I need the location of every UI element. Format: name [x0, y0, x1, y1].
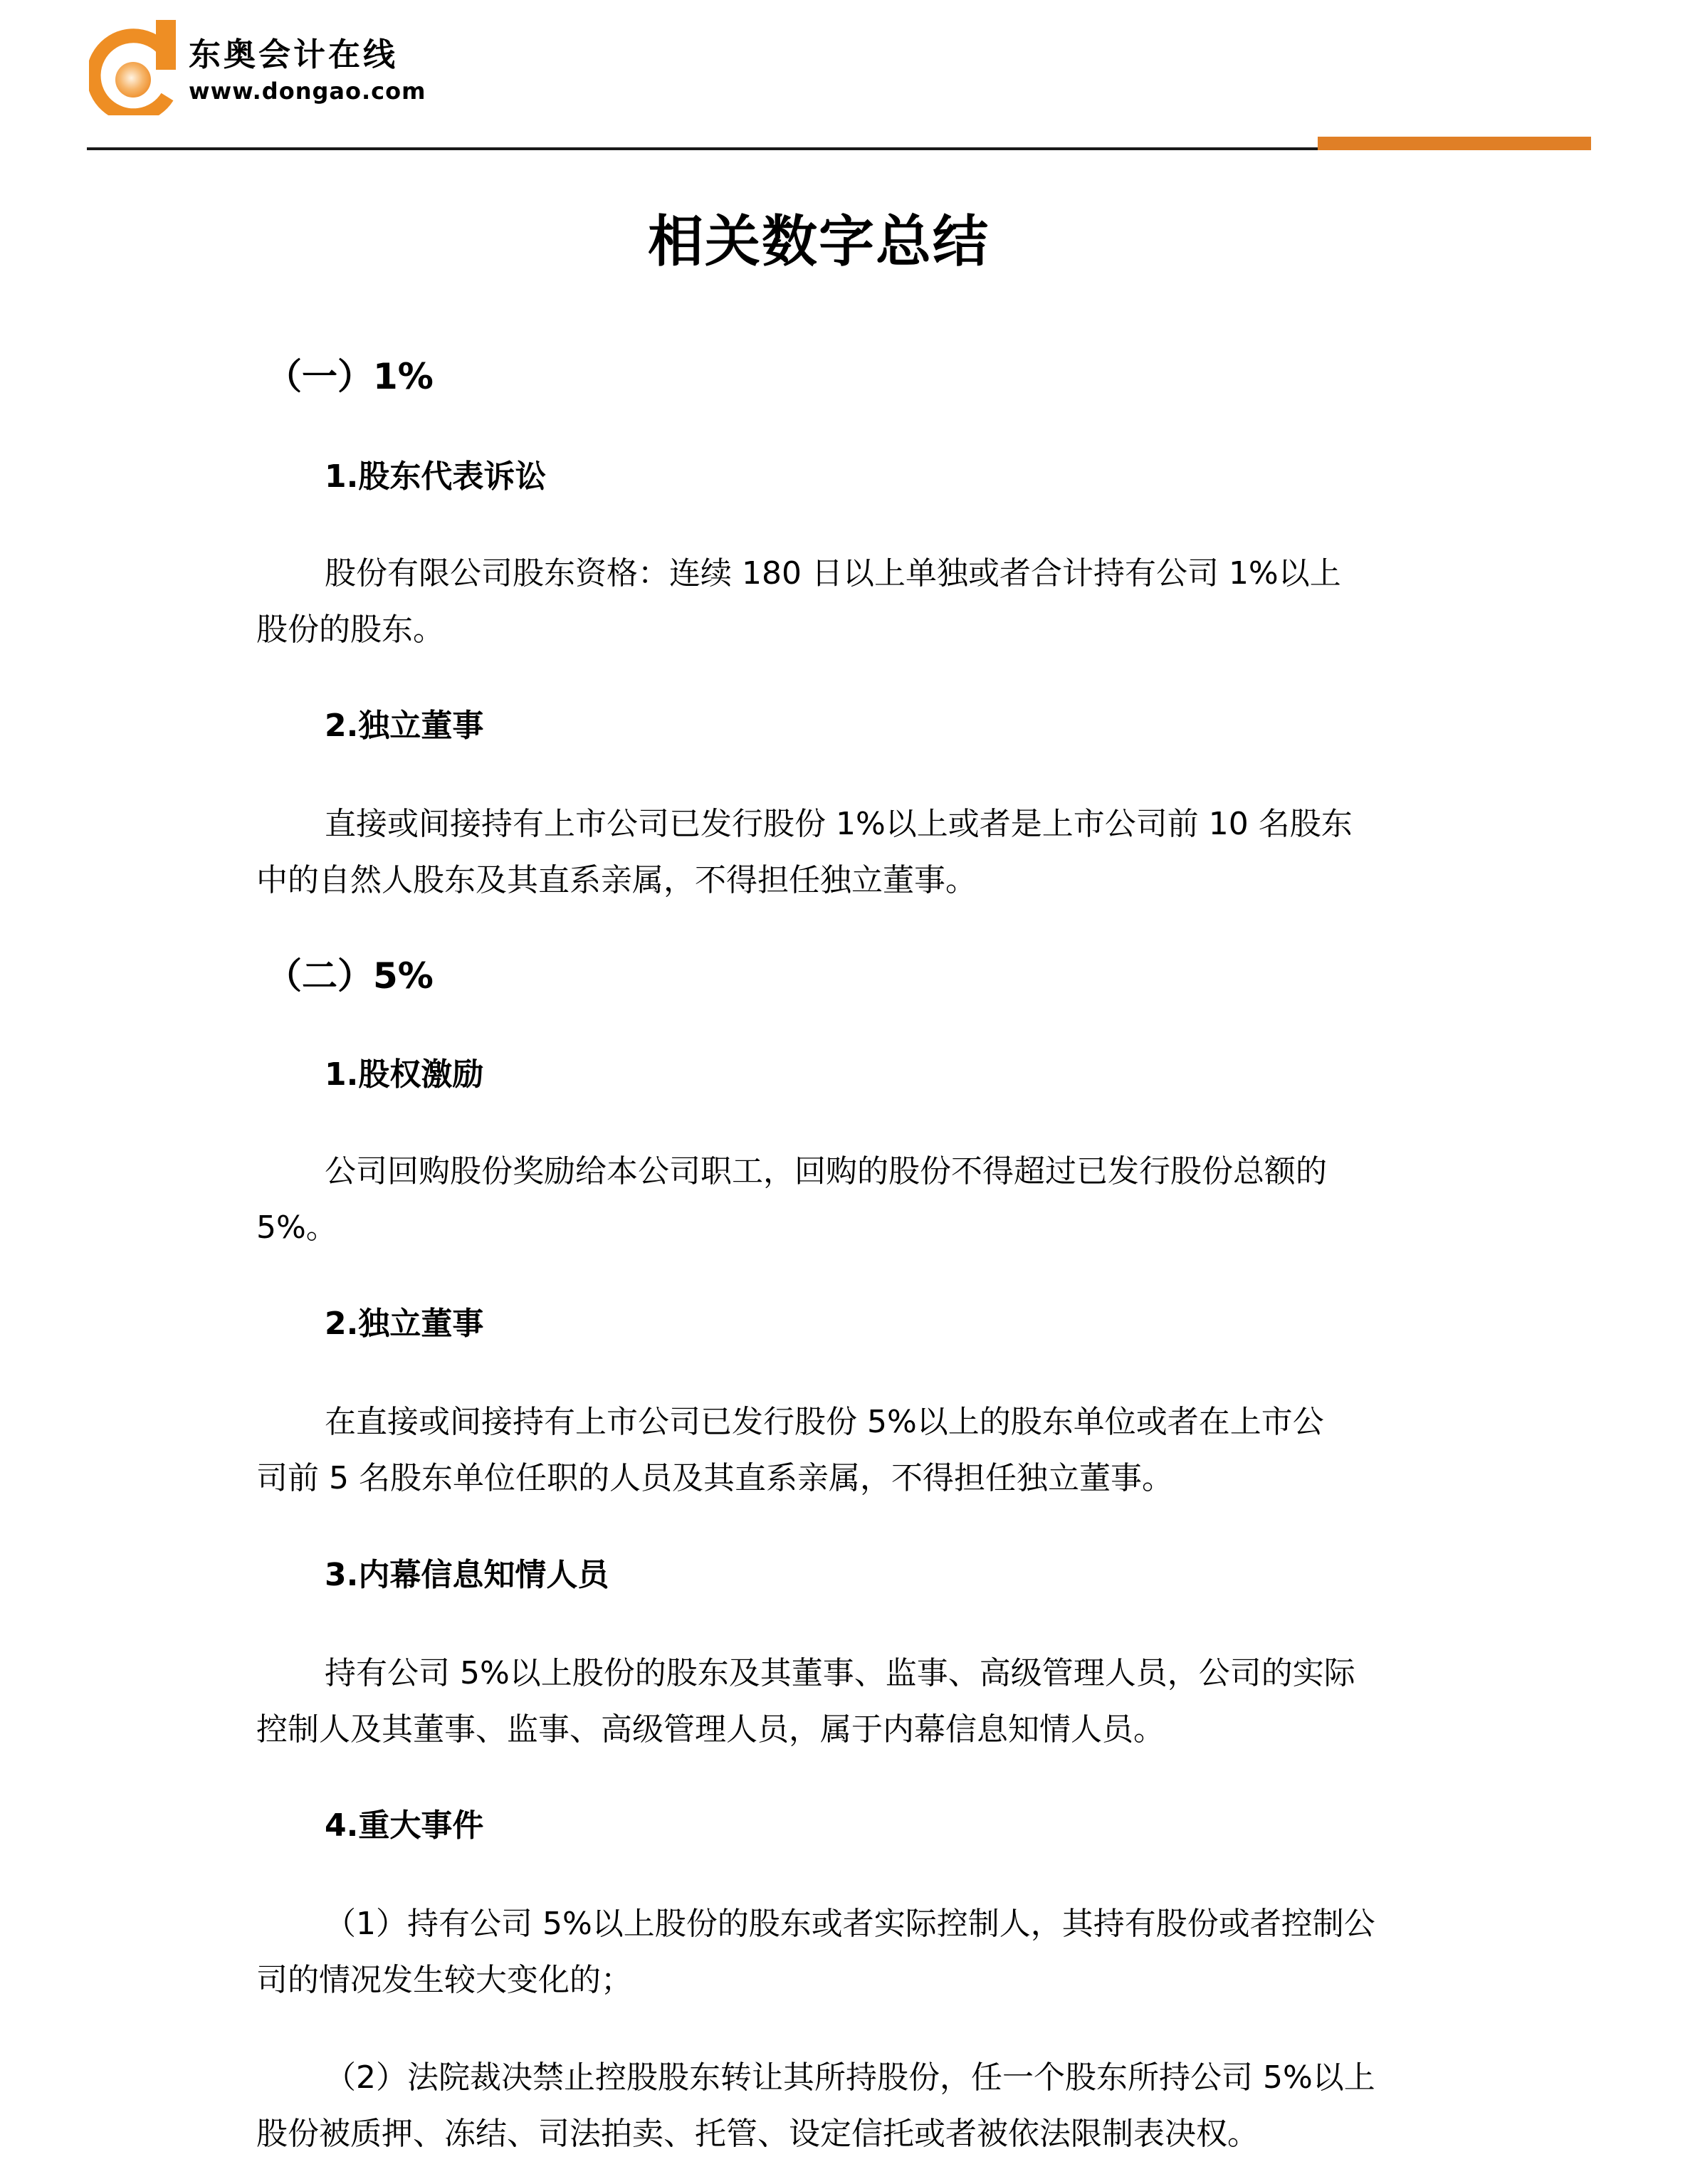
- paragraph: 在直接或间接持有上市公司已发行股份 5%以上的股东单位或者在上市公 司前 5 名…: [256, 1394, 1452, 1506]
- item-heading: 1.股东代表诉讼: [325, 457, 546, 497]
- header-accent-bar: [1318, 137, 1591, 150]
- paragraph-line: （1）持有公司 5%以上股份的股东或者实际控制人，其持有股份或者控制公: [256, 1896, 1452, 1952]
- paragraph: 公司回购股份奖励给本公司职工，回购的股份不得超过已发行股份总额的 5%。: [256, 1143, 1452, 1256]
- brand-url: www.dongao.com: [189, 78, 426, 104]
- paragraph: 直接或间接持有上市公司已发行股份 1%以上或者是上市公司前 10 名股东 中的自…: [256, 796, 1452, 908]
- header-rule: [87, 147, 1318, 150]
- paragraph-line: 公司回购股份奖励给本公司职工，回购的股份不得超过已发行股份总额的: [256, 1143, 1452, 1199]
- dongao-d-logo-icon: [89, 20, 177, 115]
- paragraph-line: 持有公司 5%以上股份的股东及其董事、监事、高级管理人员，公司的实际: [256, 1645, 1452, 1701]
- paragraph: （1）持有公司 5%以上股份的股东或者实际控制人，其持有股份或者控制公 司的情况…: [256, 1896, 1452, 2008]
- paragraph: （2）法院裁决禁止控股股东转让其所持股份，任一个股东所持公司 5%以上 股份被质…: [256, 2049, 1452, 2162]
- paragraph-line: 直接或间接持有上市公司已发行股份 1%以上或者是上市公司前 10 名股东: [256, 796, 1452, 852]
- paragraph: 持有公司 5%以上股份的股东及其董事、监事、高级管理人员，公司的实际 控制人及其…: [256, 1645, 1452, 1758]
- paragraph-line: （2）法院裁决禁止控股股东转让其所持股份，任一个股东所持公司 5%以上: [256, 2049, 1452, 2106]
- brand-logo: 东奥会计在线 www.dongao.com: [87, 19, 414, 118]
- paragraph-line: 控制人及其董事、监事、高级管理人员，属于内幕信息知情人员。: [256, 1701, 1452, 1758]
- paragraph-line: 司前 5 名股东单位任职的人员及其直系亲属，不得担任独立董事。: [256, 1450, 1452, 1506]
- paragraph-line: 股份被质押、冻结、司法拍卖、托管、设定信托或者被依法限制表决权。: [256, 2106, 1452, 2162]
- paragraph-line: 司的情况发生较大变化的；: [256, 1952, 1452, 2008]
- item-heading: 4.重大事件: [325, 1806, 483, 1846]
- item-heading: 2.独立董事: [325, 1304, 483, 1344]
- brand-name: 东奥会计在线: [189, 37, 398, 73]
- paragraph-line: 5%。: [256, 1199, 1452, 1256]
- paragraph-line: 股份的股东。: [256, 602, 1452, 658]
- paragraph: 股份有限公司股东资格：连续 180 日以上单独或者合计持有公司 1%以上 股份的…: [256, 545, 1452, 658]
- page-title: 相关数字总结: [0, 206, 1637, 278]
- item-heading: 2.独立董事: [325, 706, 483, 746]
- paragraph-line: 在直接或间接持有上市公司已发行股份 5%以上的股东单位或者在上市公: [256, 1394, 1452, 1450]
- paragraph-line: 中的自然人股东及其直系亲属，不得担任独立董事。: [256, 852, 1452, 908]
- item-heading: 1.股权激励: [325, 1055, 483, 1095]
- section-heading-1pct: （一）1%: [266, 355, 434, 398]
- section-heading-5pct: （二）5%: [266, 955, 434, 997]
- item-heading: 3.内幕信息知情人员: [325, 1555, 609, 1595]
- paragraph-line: 股份有限公司股东资格：连续 180 日以上单独或者合计持有公司 1%以上: [256, 545, 1452, 602]
